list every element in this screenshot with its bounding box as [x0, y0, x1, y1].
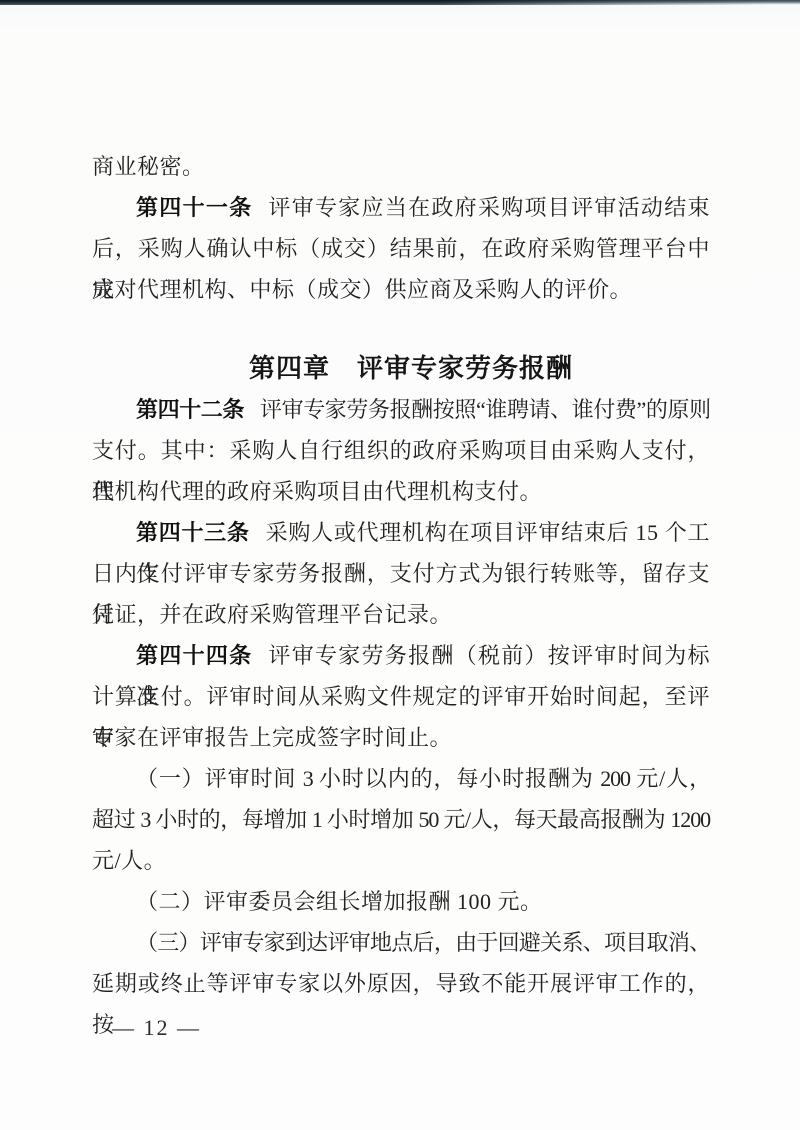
paragraph-line: 第四十一条评审专家应当在政府采购项目评审活动结束: [92, 187, 710, 228]
body-text-line: （一）评审时间 3 小时以内的，每小时报酬为 200 元/人，: [136, 766, 710, 791]
scan-edge-artifact: [0, 0, 800, 5]
paragraph-line: 理机构代理的政府采购项目由代理机构支付。: [92, 471, 710, 512]
paragraph-line: 凭证，并在政府采购管理平台记录。: [92, 594, 710, 635]
paragraph-line: 超过 3 小时的，每增加 1 小时增加 50 元/人，每天最高报酬为 1200: [92, 799, 710, 840]
article-number-44: 第四十四条: [136, 643, 252, 668]
paragraph-line: 专家在评审报告上完成签字时间止。: [92, 717, 710, 758]
paragraph-line: 支付。其中：采购人自行组织的政府采购项目由采购人支付，代: [92, 430, 710, 471]
document-body: 商业秘密。 第四十一条评审专家应当在政府采购项目评审活动结束 后，采购人确认中标…: [92, 146, 710, 1046]
list-item-1: （一）评审时间 3 小时以内的，每小时报酬为 200 元/人，: [92, 758, 710, 799]
body-text-line: 评审专家应当在政府采购项目评审活动结束: [268, 195, 710, 220]
body-text-line: 理机构代理的政府采购项目由代理机构支付。: [92, 479, 542, 504]
list-item-2: （二）评审委员会组长增加报酬 100 元。: [92, 881, 710, 922]
article-number-43: 第四十三条: [136, 520, 250, 545]
body-text-line: （二）评审委员会组长增加报酬 100 元。: [136, 889, 543, 914]
paragraph-line: 第四十四条评审专家劳务报酬（税前）按评审时间为标准: [92, 635, 710, 676]
body-text-line: 超过 3 小时的，每增加 1 小时增加 50 元/人，每天最高报酬为 1200: [92, 807, 710, 832]
body-text-line: 评审专家劳务报酬按照“谁聘请、谁付费”的原则: [260, 397, 710, 422]
list-item-3: （三）评审专家到达评审地点后，由于回避关系、项目取消、: [92, 922, 710, 963]
body-text-line: 成对代理机构、中标（成交）供应商及采购人的评价。: [92, 277, 632, 302]
paragraph-line: 商业秘密。: [92, 146, 710, 187]
paragraph-line: 第四十二条评审专家劳务报酬按照“谁聘请、谁付费”的原则: [92, 389, 710, 430]
paragraph-line: 成对代理机构、中标（成交）供应商及采购人的评价。: [92, 269, 710, 310]
body-text-line: （三）评审专家到达评审地点后，由于回避关系、项目取消、: [136, 930, 710, 955]
paragraph-line: 计算支付。评审时间从采购文件规定的评审开始时间起，至评审: [92, 676, 710, 717]
body-text-line: 商业秘密。: [92, 154, 205, 179]
body-text-line: 凭证，并在政府采购管理平台记录。: [92, 602, 452, 627]
paragraph-line: 后，采购人确认中标（成交）结果前，在政府采购管理平台中完: [92, 228, 710, 269]
paragraph-line: 第四十三条采购人或代理机构在项目评审结束后 15 个工作: [92, 512, 710, 553]
page-number: — 12 —: [92, 1010, 710, 1046]
paragraph-line: 元/人。: [92, 840, 710, 881]
paragraph-line: 日内支付评审专家劳务报酬，支付方式为银行转账等，留存支付: [92, 553, 710, 594]
body-text-line: 元/人。: [92, 848, 166, 873]
paragraph-line: 延期或终止等评审专家以外原因，导致不能开展评审工作的，按: [92, 963, 710, 1004]
body-text-line: 专家在评审报告上完成签字时间止。: [92, 725, 452, 750]
chapter-heading: 第四章 评审专家劳务报酬: [112, 348, 710, 389]
article-number-41: 第四十一条: [136, 195, 252, 220]
article-number-42: 第四十二条: [136, 397, 244, 422]
scanned-document-page: 商业秘密。 第四十一条评审专家应当在政府采购项目评审活动结束 后，采购人确认中标…: [0, 0, 800, 1130]
